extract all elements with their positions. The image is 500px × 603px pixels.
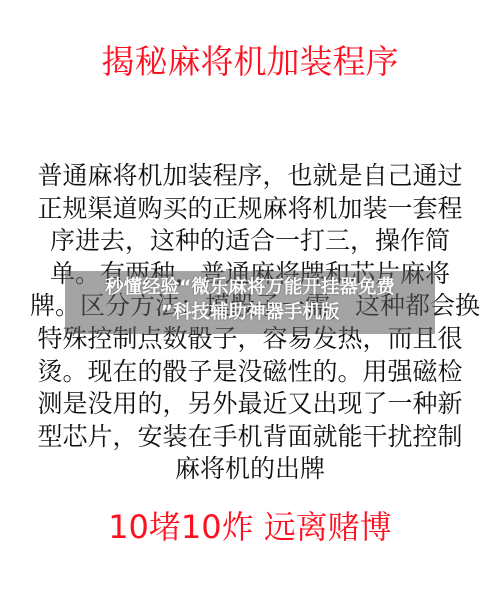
footer-slogan: 10堵10炸 远离赌博 — [0, 507, 500, 547]
body-line: 烫。现在的骰子是没磁性的。用强磁检 — [30, 356, 470, 389]
caption-overlay-text: 秒懂经验“微乐麻将万能开挂器免费 ”科技辅助神器手机版 — [65, 275, 435, 325]
body-line: 普通麻将机加装程序，也就是自己通过 — [30, 160, 470, 193]
body-line: 型芯片，安装在手机背面就能干扰控制 — [30, 421, 470, 454]
body-line: 正规渠道购买的正规麻将机加装一套程 — [30, 193, 470, 226]
body-line: 序进去，这种的适合一打三，操作简 — [30, 225, 470, 258]
page-title: 揭秘麻将机加装程序 — [0, 42, 500, 82]
caption-line: 秒懂经验“微乐麻将万能开挂器免费 — [65, 275, 435, 300]
body-line: 测是没用的，另外最近又出现了一种新 — [30, 388, 470, 421]
body-line: 麻将机的出牌 — [30, 453, 470, 486]
caption-line: ”科技辅助神器手机版 — [65, 300, 435, 325]
